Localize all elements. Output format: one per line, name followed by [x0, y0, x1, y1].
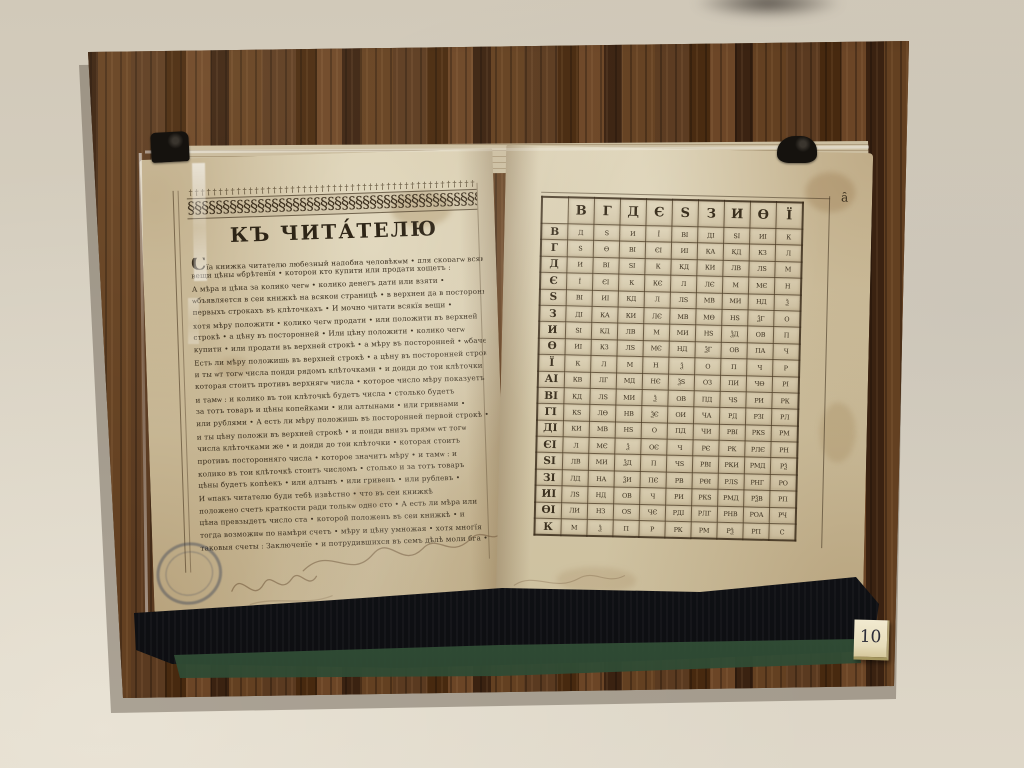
exhibit-number-label: 10 [853, 620, 889, 661]
glass-reflection [140, 146, 874, 621]
tape-reflection [188, 298, 199, 344]
mount-clip-left [150, 131, 190, 163]
museum-photo: ††††††††††††††††††††††††††††††††††††††††… [0, 0, 1024, 768]
tape-reflection [192, 163, 207, 281]
mount-clip-right [777, 136, 817, 163]
ceiling-shadow [693, 0, 843, 18]
